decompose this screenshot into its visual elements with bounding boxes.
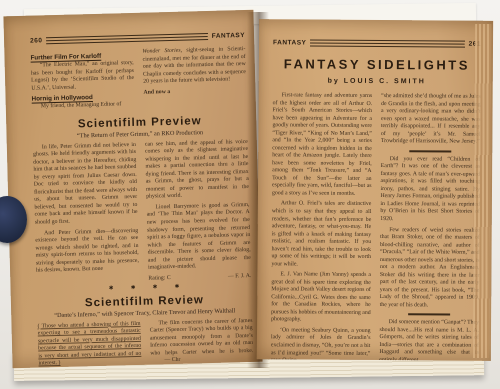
photo-of-open-magazine: 260 FANTASY Further Film For Karloff “Th… [0, 0, 500, 389]
sidelights-col1-para2: Arthur O. Friel’s tales are distinctive … [271, 201, 371, 269]
hornig-continuation: Wonder Stories, sight-seeing in Scienti-… [142, 46, 246, 86]
wonder-stories-italic: Wonder Stories, [142, 48, 182, 55]
page-stack-edge-right [473, 24, 491, 358]
left-running-title: FANTASY [212, 32, 246, 40]
running-head-rule [46, 33, 207, 44]
sidelights-col1-para1: First-rate fantasy and adventure yarns o… [272, 92, 372, 198]
right-page: FANTASY 261 FANTASY SIDELIGHTS by LOUIS … [257, 19, 493, 361]
karloff-paragraph: “The Electric Man,” an original story, h… [31, 60, 135, 93]
preview-col1-para2: And Peter Grimm dies—discovering existen… [35, 227, 139, 275]
review-col1-note: ( Those who attend a showing of this fil… [37, 321, 141, 369]
running-head-rule [310, 40, 464, 48]
preview-col2-para2: Lionel Barrymore is good as Grimm, and ‘… [146, 202, 251, 272]
preview-col1-para1: In life, Peter Grimm did not believe in … [33, 142, 138, 228]
sidelights-col2-para3: Few readers of weird stories realize tha… [380, 227, 480, 311]
sidelights-col1-para3: E. J. Van Name (Jim Vanny) spends a grea… [271, 271, 371, 324]
sidelights-col2-para1: “she admitted she’d thought of me as Jul… [381, 93, 481, 146]
right-running-head: FANTASY 261 [273, 39, 481, 47]
fantasy-sidelights-title: FANTASY SIDELIGHTS [273, 56, 481, 72]
right-running-title: FANTASY [273, 39, 306, 46]
rating-value: Rating: C [148, 275, 171, 282]
left-page-number: 260 [30, 37, 43, 44]
rating-row: Rating: C — F. J. A. [148, 273, 251, 282]
left-page: 260 FANTASY Further Film For Karloff “Th… [3, 10, 262, 368]
sidelights-col1-para4: ‘On meeting Seabury Quinn, a young lady … [271, 327, 371, 361]
review-col2-text: The film concerns the career of James Ca… [150, 318, 254, 357]
sidelights-col2-para2: Did you ever read “Children of Earth”? I… [380, 156, 480, 224]
sidelights-col2-para4: Did someone mention “Ganpat”? They shoul… [379, 319, 479, 360]
preview-col2-para1: can see him, and the appeal of his voice… [145, 139, 250, 202]
review-col2-para: The film concerns the career of James Ca… [149, 318, 253, 366]
author-byline: by LOUIS C. SMITH [273, 77, 481, 85]
left-running-head: 260 FANTASY [30, 32, 245, 45]
section-rule [408, 314, 450, 316]
section-rule [410, 150, 452, 152]
review-reviewer-initials: — Chr [164, 357, 180, 363]
hornig-paragraph: My friend, the Managing Editor of [32, 101, 135, 111]
and-now-a: And now a [143, 87, 246, 97]
